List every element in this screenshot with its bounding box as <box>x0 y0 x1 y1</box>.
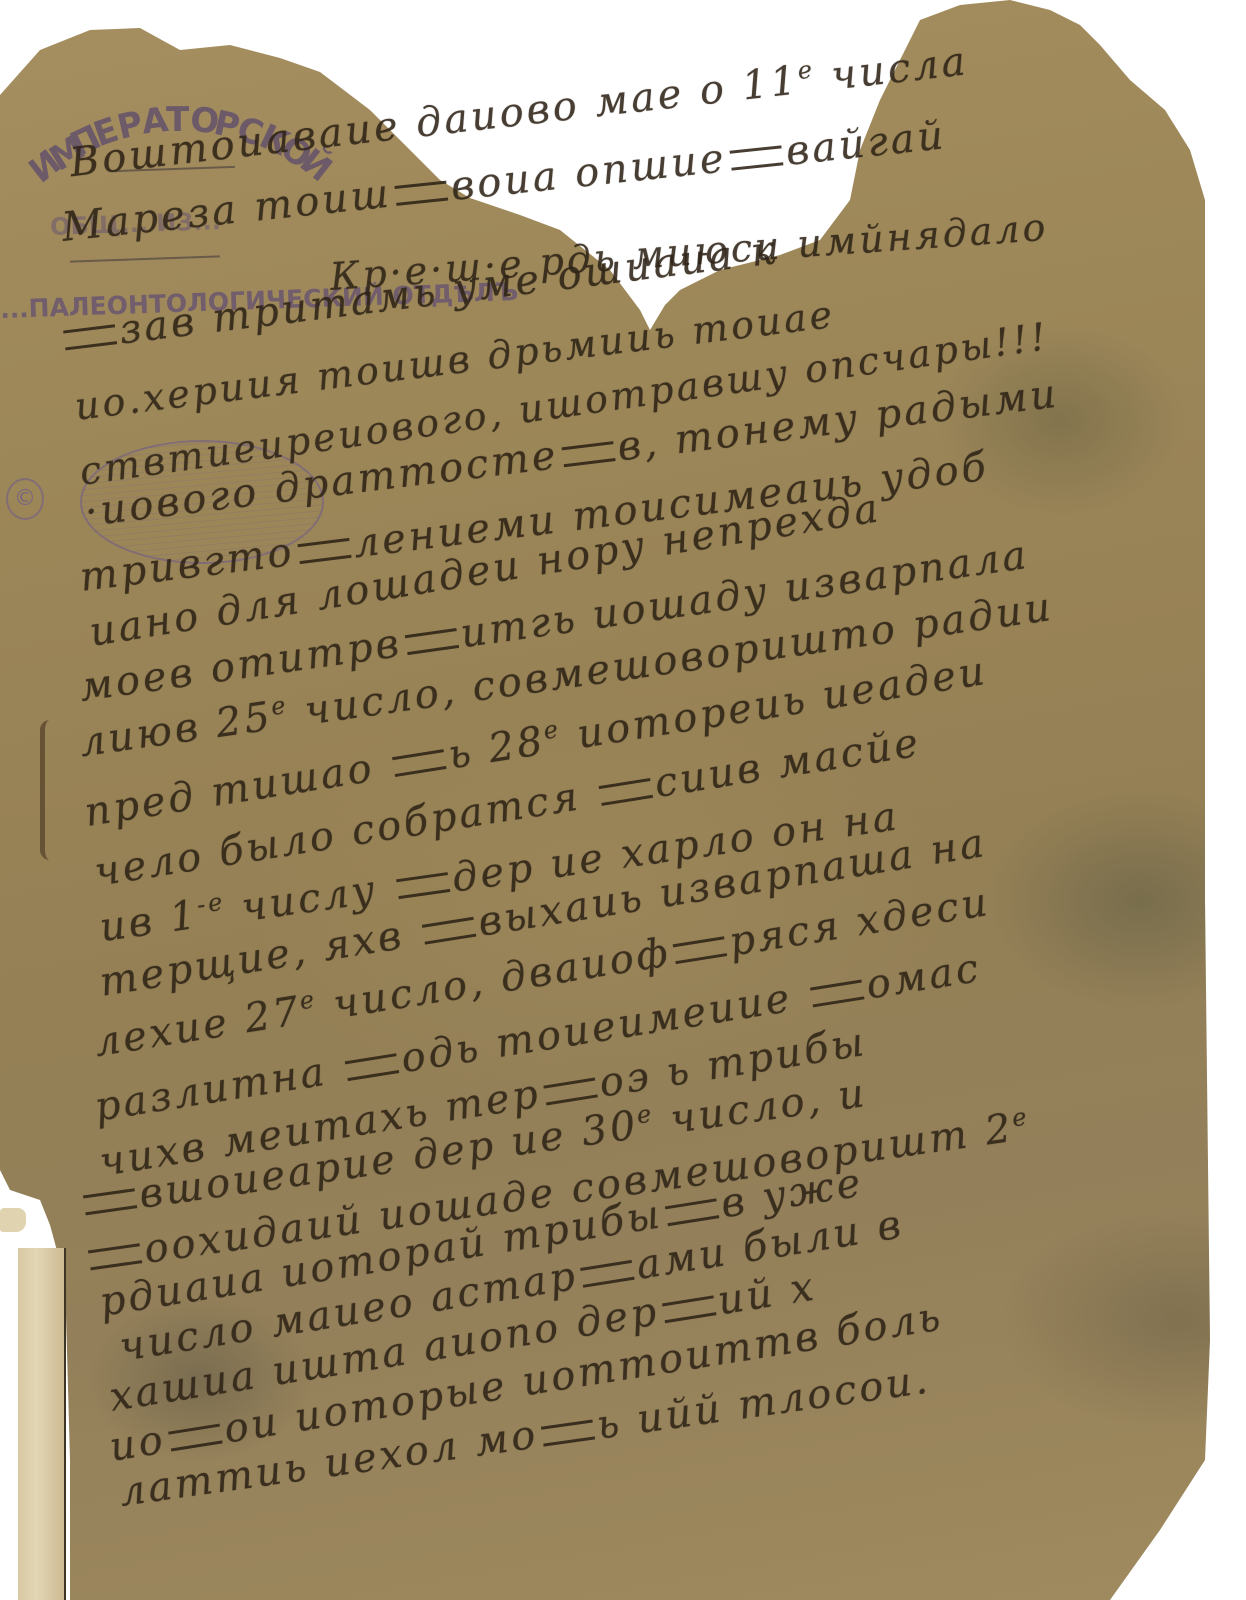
double-bar-strike-mark <box>810 979 864 1007</box>
double-bar-strike-mark <box>662 1295 716 1323</box>
line-text: воиа опшие <box>449 135 729 210</box>
double-bar-strike-mark <box>541 1420 595 1447</box>
double-bar-strike-mark <box>396 872 450 899</box>
double-bar-strike-mark <box>63 324 117 350</box>
double-bar-strike-mark <box>580 1260 634 1288</box>
paper-chip <box>0 1208 26 1232</box>
double-bar-strike-mark <box>543 1078 597 1106</box>
copyright-mark-icon: © <box>6 478 44 520</box>
document-page: ИМПЕРАТОРСКОЙ ОБЩ... ИЗ... ...ПАЛЕОНТОЛО… <box>0 0 1246 1600</box>
double-bar-strike-mark <box>422 917 476 945</box>
double-bar-strike-mark <box>404 628 458 655</box>
double-bar-strike-mark <box>561 441 615 467</box>
superscript-ordinal: -е <box>195 887 227 919</box>
line-text: ио <box>106 1417 168 1471</box>
margin-bracket-mark <box>40 720 59 860</box>
double-bar-strike-mark <box>599 778 653 806</box>
pasted-paper-strip <box>18 1248 66 1600</box>
double-bar-strike-mark <box>673 937 727 965</box>
double-bar-strike-mark <box>392 749 446 777</box>
superscript-ordinal: е <box>1010 1102 1031 1132</box>
double-bar-strike-mark <box>345 1053 399 1081</box>
double-bar-strike-mark <box>88 1244 142 1271</box>
double-bar-strike-mark <box>83 1189 137 1216</box>
double-bar-strike-mark <box>730 145 784 170</box>
double-bar-strike-mark <box>168 1424 222 1452</box>
double-bar-strike-mark <box>297 538 351 564</box>
double-bar-strike-mark <box>665 1198 719 1226</box>
double-bar-strike-mark <box>395 181 449 206</box>
